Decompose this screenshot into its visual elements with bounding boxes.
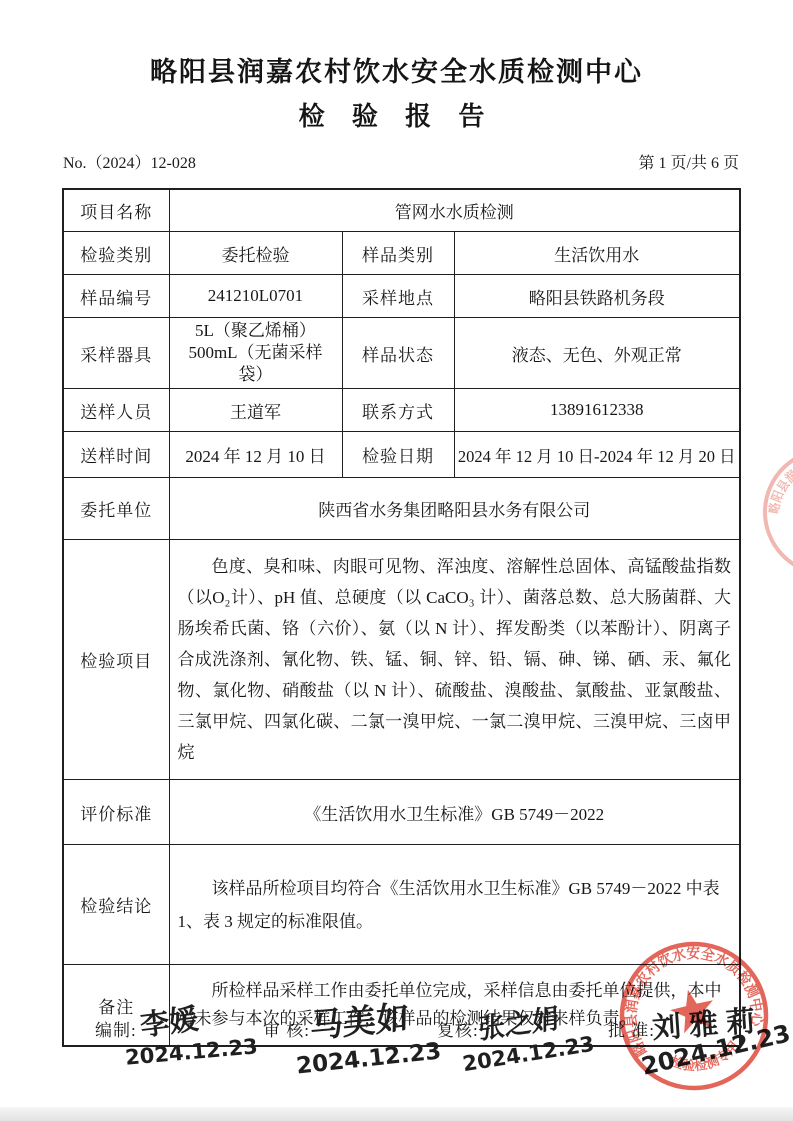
- table-row: 送样人员 王道军 联系方式 13891612338: [63, 389, 740, 432]
- field-label-evaluation-standard: 评价标准: [63, 780, 169, 845]
- field-value-conclusion: 该样品所检项目均符合《生活饮用水卫生标准》GB 5749－2022 中表 1、表…: [169, 845, 740, 965]
- scan-edge-artifact: [0, 1107, 793, 1121]
- table-row: 委托单位 陕西省水务集团略阳县水务有限公司: [63, 478, 740, 540]
- approved-label: 批 准:: [608, 1016, 655, 1041]
- table-row: 项目名称 管网水水质检测: [63, 189, 740, 232]
- container-line-1: 5L（聚乙烯桶）: [178, 320, 334, 342]
- svg-text:略阳县润嘉农村饮水安全水质检测中心: 略阳县润嘉农村饮水安全水质检测中心: [762, 437, 793, 561]
- field-label-sample-sender: 送样人员: [63, 389, 169, 432]
- table-row: 评价标准 《生活饮用水卫生标准》GB 5749－2022: [63, 780, 740, 845]
- field-value-contact: 13891612338: [454, 389, 740, 432]
- field-label-inspection-type: 检验类别: [63, 232, 169, 275]
- edge-seal-ring-text: 略阳县润嘉农村饮水安全水质检测中心: [762, 437, 793, 561]
- field-label-sample-category: 样品类别: [342, 232, 454, 275]
- report-meta-row: No.（2024）12-028 第 1 页/共 6 页: [63, 150, 739, 173]
- page-title: 检 验 报 告: [0, 96, 793, 133]
- field-label-inspection-date: 检验日期: [342, 432, 454, 478]
- table-row: 采样器具 5L（聚乙烯桶） 500mL（无菌采样袋） 样品状态 液态、无色、外观…: [63, 318, 740, 389]
- field-value-inspection-type: 委托检验: [169, 232, 342, 275]
- field-label-conclusion: 检验结论: [63, 845, 169, 965]
- field-value-sampling-location: 略阳县铁路机务段: [454, 275, 740, 318]
- prepared-signature: 李媛: [138, 997, 201, 1045]
- field-value-sample-no: 241210L0701: [169, 275, 342, 318]
- table-row: 送样时间 2024 年 12 月 10 日 检验日期 2024 年 12 月 1…: [63, 432, 740, 478]
- edge-seal-ring: [745, 430, 793, 594]
- table-row: 检验项目 色度、臭和味、肉眼可见物、浑浊度、溶解性总固体、高锰酸盐指数（以O₂计…: [63, 540, 740, 780]
- field-value-evaluation-standard: 《生活饮用水卫生标准》GB 5749－2022: [169, 780, 740, 845]
- prepared-label: 编制:: [95, 1016, 137, 1041]
- page-indicator: 第 1 页/共 6 页: [639, 150, 739, 173]
- field-value-project-name: 管网水水质检测: [169, 189, 740, 232]
- field-label-sample-date: 送样时间: [63, 432, 169, 478]
- field-label-sample-no: 样品编号: [63, 275, 169, 318]
- field-value-sampling-container: 5L（聚乙烯桶） 500mL（无菌采样袋）: [169, 318, 342, 389]
- field-label-project-name: 项目名称: [63, 189, 169, 232]
- field-value-sample-category: 生活饮用水: [454, 232, 740, 275]
- rechecked-label: 复核:: [437, 1016, 479, 1041]
- inspection-report-page: 略阳县润嘉农村饮水安全水质检测中心 检 验 报 告 No.（2024）12-02…: [0, 0, 793, 1121]
- reviewed-signature: 马美如: [310, 992, 409, 1048]
- field-value-sample-status: 液态、无色、外观正常: [454, 318, 740, 389]
- field-label-client: 委托单位: [63, 478, 169, 540]
- field-label-inspection-items: 检验项目: [63, 540, 169, 780]
- field-value-sample-sender: 王道军: [169, 389, 342, 432]
- field-label-sampling-container: 采样器具: [63, 318, 169, 389]
- table-row: 检验类别 委托检验 样品类别 生活饮用水: [63, 232, 740, 275]
- field-value-inspection-items: 色度、臭和味、肉眼可见物、浑浊度、溶解性总固体、高锰酸盐指数（以O₂计）、pH …: [169, 540, 740, 780]
- field-label-contact: 联系方式: [342, 389, 454, 432]
- report-table: 项目名称 管网水水质检测 检验类别 委托检验 样品类别 生活饮用水 样品编号 2…: [62, 188, 741, 1047]
- field-value-inspection-date: 2024 年 12 月 10 日-2024 年 12 月 20 日: [454, 432, 740, 478]
- field-value-client: 陕西省水务集团略阳县水务有限公司: [169, 478, 740, 540]
- reviewed-label: 审 核:: [263, 1016, 310, 1041]
- table-row: 检验结论 该样品所检项目均符合《生活饮用水卫生标准》GB 5749－2022 中…: [63, 845, 740, 965]
- center-name: 略阳县润嘉农村饮水安全水质检测中心: [0, 50, 793, 89]
- table-row: 样品编号 241210L0701 采样地点 略阳县铁路机务段: [63, 275, 740, 318]
- field-label-sample-status: 样品状态: [342, 318, 454, 389]
- container-line-2: 500mL（无菌采样袋）: [178, 342, 334, 386]
- field-label-sampling-location: 采样地点: [342, 275, 454, 318]
- field-value-sample-date: 2024 年 12 月 10 日: [169, 432, 342, 478]
- report-number: No.（2024）12-028: [63, 150, 196, 173]
